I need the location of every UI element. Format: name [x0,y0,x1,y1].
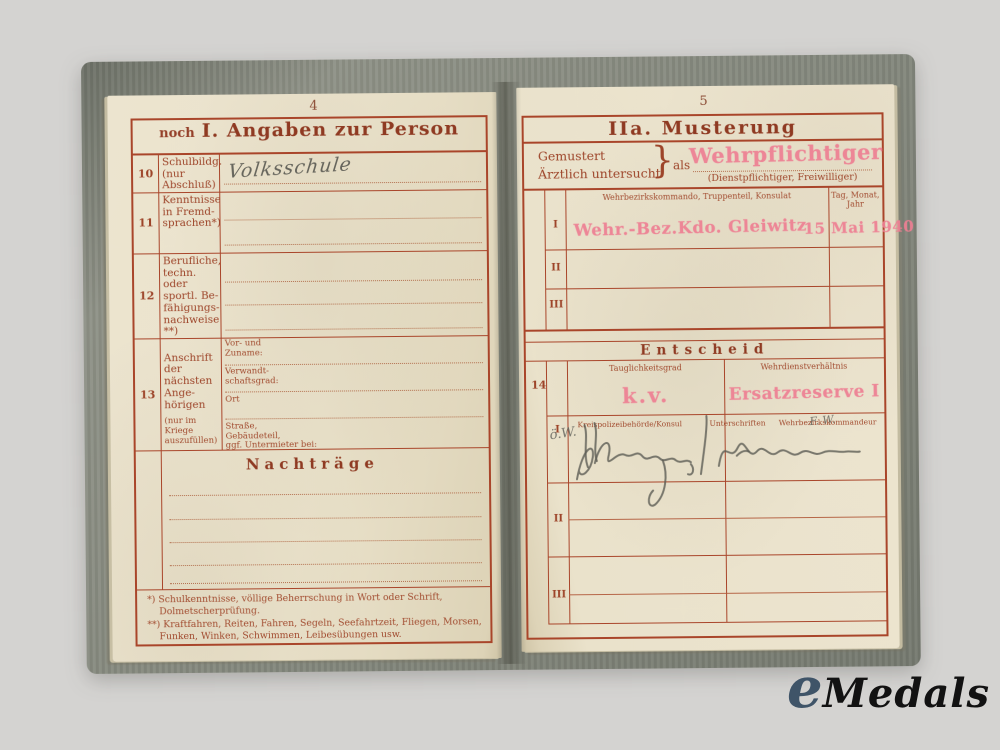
product-photo-scene: 4 noch I. Angaben zur Person 10 Schulbil… [0,0,1000,750]
row-befaehigungsnachweise: 12 Berufliche, techn. oder sportl. Be- f… [134,251,488,339]
footnote-2: **) Kraftfahren, Reiten, Fahren, Segeln,… [147,616,482,643]
write-line [568,516,885,520]
header-unterschriften: Unterschriften [709,418,765,428]
row-number: 11 [133,193,160,253]
write-line [224,181,481,184]
row-label: Anschrift der nächsten Ange- hörigen (nu… [161,339,223,451]
row-numeral: II [546,262,566,273]
row-number: 10 [133,155,159,192]
section-musterung-table: Wehrbezirkskommando, Truppenteil, Konsul… [524,187,883,331]
write-line [569,591,886,595]
row-content [220,190,487,252]
write-line [225,279,482,282]
entscheid-row-3: III [549,554,887,623]
binding-gutter [491,82,527,664]
section-entscheid: 14 Tauglichkeitsgrad Wehrdienstverhältni… [526,358,887,637]
musterung-row-1: I Wehr.-Bez.Kdo. Gleiwitz 15 Mai 1940 [545,202,882,250]
entscheid-table: Tauglichkeitsgrad Wehrdienstverhältnis k… [546,358,887,624]
write-line [225,242,482,245]
write-line [225,302,482,305]
row-schulbildung: 10 Schulbildg. (nur Abschluß) Volksschul… [133,152,486,193]
write-line [169,492,481,496]
section-nachtraege: Nachträge [136,448,490,590]
write-line [170,539,482,543]
footnotes: *) Schulkenntnisse, völlige Beherrschung… [137,587,491,645]
wehrpass-booklet: 4 noch I. Angaben zur Person 10 Schulbil… [0,0,1000,750]
musterung-row-2: II [546,247,883,289]
entscheid-row-2: II [548,480,886,557]
brace-glyph: } [651,140,674,181]
emedals-logo: e Medals [787,660,990,716]
entscheid-title: Entscheid [640,341,769,358]
emedals-logo-e: e [787,660,823,716]
footnote-1: *) Schulkenntnisse, völlige Beherrschung… [147,591,482,618]
page-4-title: noch I. Angaben zur Person [133,117,486,155]
nachtraege-title: Nachträge [136,453,489,474]
write-line [169,516,481,520]
write-line [224,217,481,220]
row-label-main: Anschrift der nächsten Ange- hörigen [164,351,213,410]
write-line [225,416,483,419]
field-label-name: Vor- und Zuname: [225,339,263,359]
row-label: Schulbildg. (nur Abschluß) [159,155,220,193]
title-text: IIa. Musterung [608,116,797,140]
row-anschrift-angehoerige: 13 Anschrift der nächsten Ange- hörigen … [135,336,489,451]
write-line [170,562,482,566]
page-5: 5 IIa. Musterung Gemustert Ärztlich unte… [516,84,899,652]
row-numeral: III [549,589,569,600]
title-prefix: noch [159,126,195,141]
row-label-note: (nur im Kriege auszufüllen) [164,417,220,447]
pencil-mark-right: F. W. [809,413,836,428]
emedals-logo-name: Medals [823,674,990,714]
item-number-14: 14 [531,379,546,392]
row-content: Vor- und Zuname: Verwandt- schaftsgrad: … [222,336,489,450]
write-line [170,580,482,584]
row-number: 13 [135,339,162,450]
row-number: 12 [134,254,161,338]
entscheid-row-1: I Kreispolizeibehörde/Konsul Unterschrif… [547,413,885,483]
stamp-wehrbezirkskommando-gleiwitz: Wehr.-Bez.Kdo. Gleiwitz [573,215,807,239]
stamp-area: Wehrpflichtiger (Dienstpflichtiger, Frei… [689,140,876,187]
page-5-form: IIa. Musterung Gemustert Ärztlich unters… [522,112,889,639]
gemustert-line2: Ärztlich untersucht [538,165,661,181]
header-tauglichkeitsgrad: Tauglichkeitsgrad [567,363,724,374]
musterung-row-3: III [546,286,883,329]
row-label: Berufliche, techn. oder sportl. Be- fähi… [160,254,222,339]
stamp-date: 15 Mai 1940 [803,217,914,238]
als-label: als [673,158,690,172]
stamp-wehrpflichtiger: Wehrpflichtiger [689,139,877,168]
field-label-strasse: Straße, Gebäudeteil, ggf. Untermieter be… [225,422,317,452]
row-content: Volksschule [220,152,486,192]
row-numeral: I [546,219,566,230]
field-label-ort: Ort [225,395,240,405]
header-kreispolizeibehoerde: Kreispolizeibehörde/Konsul [577,419,682,429]
write-line [225,362,483,365]
field-label-verwandtschaft: Verwandt- schaftsgrad: [225,367,279,387]
entscheid-stamp-row: k.v. Ersatzreserve I [547,372,884,416]
page-number-4: 4 [309,99,317,114]
musterung-table: Wehrbezirkskommando, Truppenteil, Konsul… [544,187,883,329]
section-gemustert: Gemustert Ärztlich untersucht } als Wehr… [524,140,882,190]
page-4-form: noch I. Angaben zur Person 10 Schulbildg… [131,115,493,646]
row-label: Kenntnisse in Fremd- sprachen*) [159,193,221,254]
row-fremdsprachen: 11 Kenntnisse in Fremd- sprachen*) [133,190,487,254]
pencil-mark-left: ö.W. [549,424,578,443]
stamp-kv: k.v. [567,381,725,410]
row-numeral: III [546,299,566,310]
write-line [225,389,483,392]
handwriting-volksschule: Volksschule [227,153,353,183]
row-numeral: II [548,513,568,524]
stamp-sublabel: (Dienstpflichtiger, Freiwilliger) [689,171,876,184]
write-line [226,327,483,330]
title-text: I. Angaben zur Person [202,117,460,141]
row-content [221,251,488,338]
stamp-ersatzreserve: Ersatzreserve I [724,381,884,405]
header-wehrdienstverhaeltnis: Wehrdienstverhältnis [724,361,884,372]
page-number-5: 5 [699,94,707,109]
page-4: 4 noch I. Angaben zur Person 10 Schulbil… [107,92,501,662]
gemustert-line1: Gemustert [538,148,605,164]
header-wehrbezirkskommando: Wehrbezirkskommando, Truppenteil, Konsul… [565,191,828,203]
